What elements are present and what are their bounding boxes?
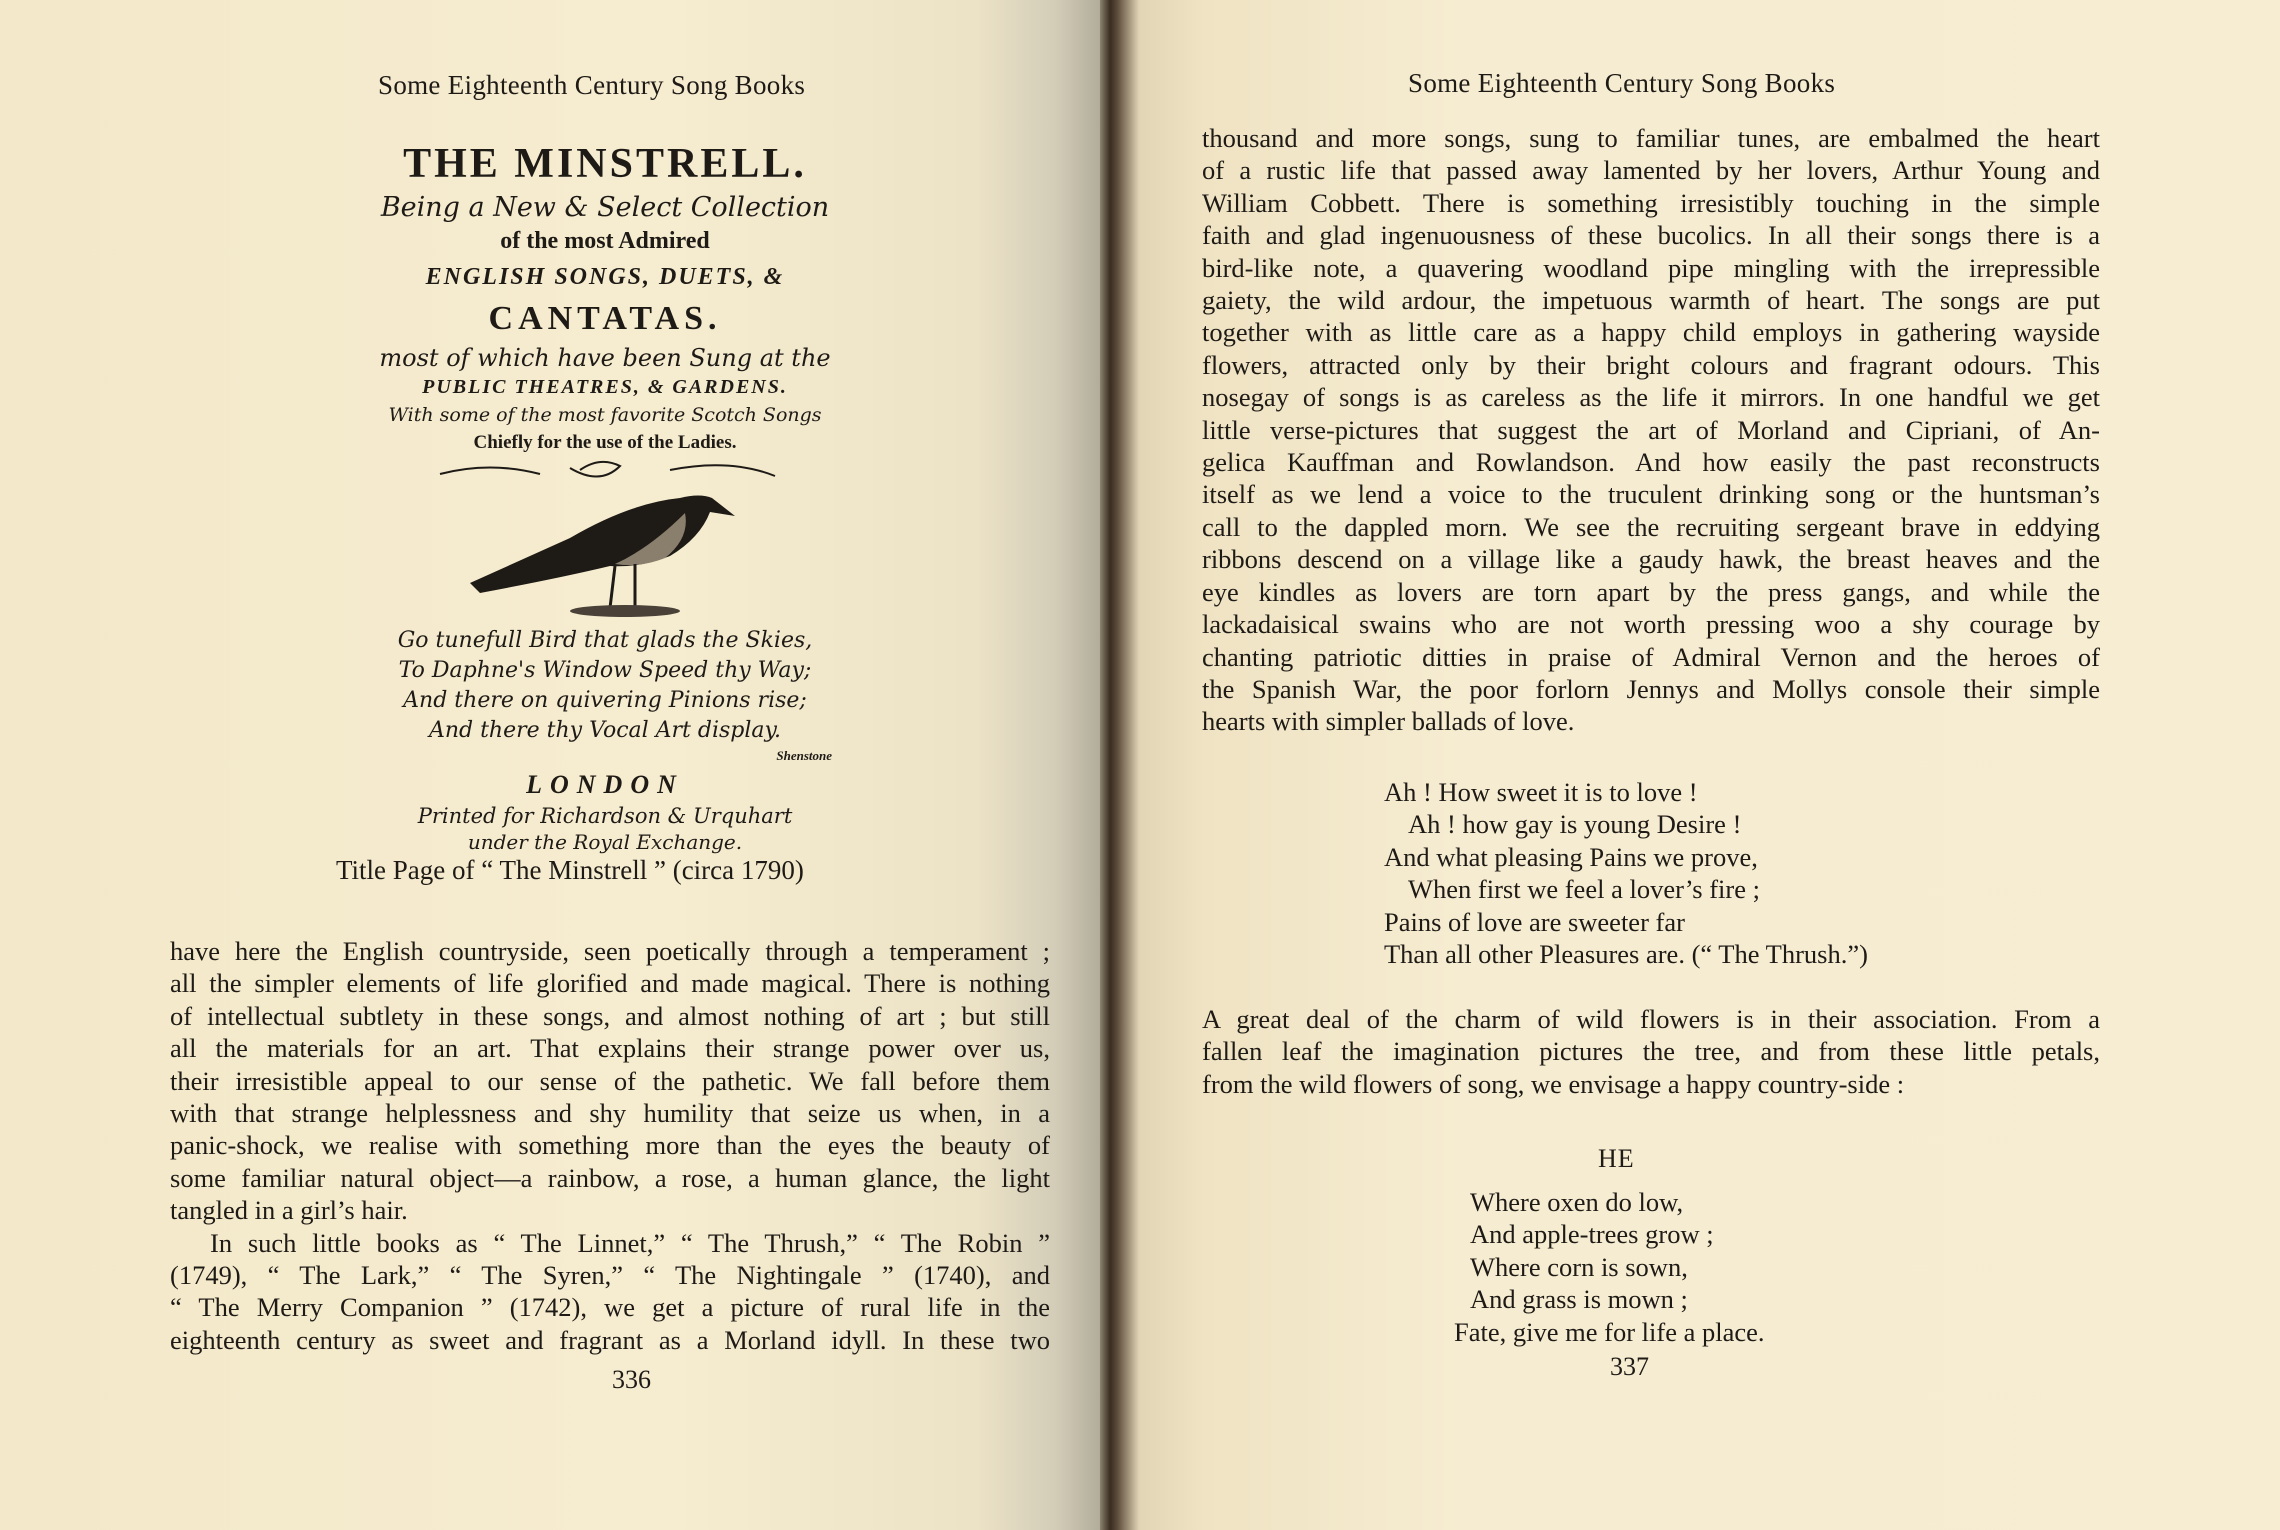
figure-title: THE MINSTRELL. xyxy=(370,140,840,188)
right-page: Some Eighteenth Century Song Books thous… xyxy=(1110,0,2280,1530)
figure-line-4: ENGLISH SONGS, DUETS, & xyxy=(370,264,840,291)
figure-line-3: of the most Admired xyxy=(370,228,840,255)
figure-city: LONDON xyxy=(370,770,840,800)
right-body-text-2: A great deal of the charm of wild flower… xyxy=(1202,1003,2100,1100)
thrush-bird-icon xyxy=(450,468,770,618)
figure-imprint-2: under the Royal Exchange. xyxy=(370,830,840,854)
right-body-text: thousand and more songs, sung to familia… xyxy=(1202,122,2100,738)
verse-heading: HE xyxy=(1598,1144,1635,1174)
figure-line-9: Chiefly for the use of the Ladies. xyxy=(370,432,840,454)
figure-imprint-1: Printed for Richardson & Urquhart xyxy=(370,804,840,828)
figure-attribution: Shenstone xyxy=(776,748,832,764)
verse-he: Where oxen do low, And apple-trees grow … xyxy=(1470,1186,1765,1348)
verse-the-thrush: Ah ! How sweet it is to love ! Ah ! how … xyxy=(1384,776,1868,970)
running-head-right: Some Eighteenth Century Song Books xyxy=(1408,68,1835,99)
running-head-left: Some Eighteenth Century Song Books xyxy=(378,70,805,101)
figure-line-6: most of which have been Sung at the xyxy=(370,344,840,372)
page-number-right: 337 xyxy=(1610,1352,1649,1382)
left-body-text: have here the English countryside, seen … xyxy=(170,935,1050,1356)
title-page-illustration: THE MINSTRELL. Being a New & Select Coll… xyxy=(370,128,840,838)
figure-line-7: PUBLIC THEATRES, & GARDENS. xyxy=(370,376,840,399)
figure-cantatas: CANTATAS. xyxy=(370,300,840,338)
figure-subtitle: Being a New & Select Collection xyxy=(370,192,840,223)
left-page: Some Eighteenth Century Song Books THE M… xyxy=(0,0,1110,1530)
figure-caption: Title Page of “ The Minstrell ” (circa 1… xyxy=(336,855,804,886)
page-number-left: 336 xyxy=(612,1365,651,1395)
figure-line-8: With some of the most favorite Scotch So… xyxy=(370,404,840,426)
